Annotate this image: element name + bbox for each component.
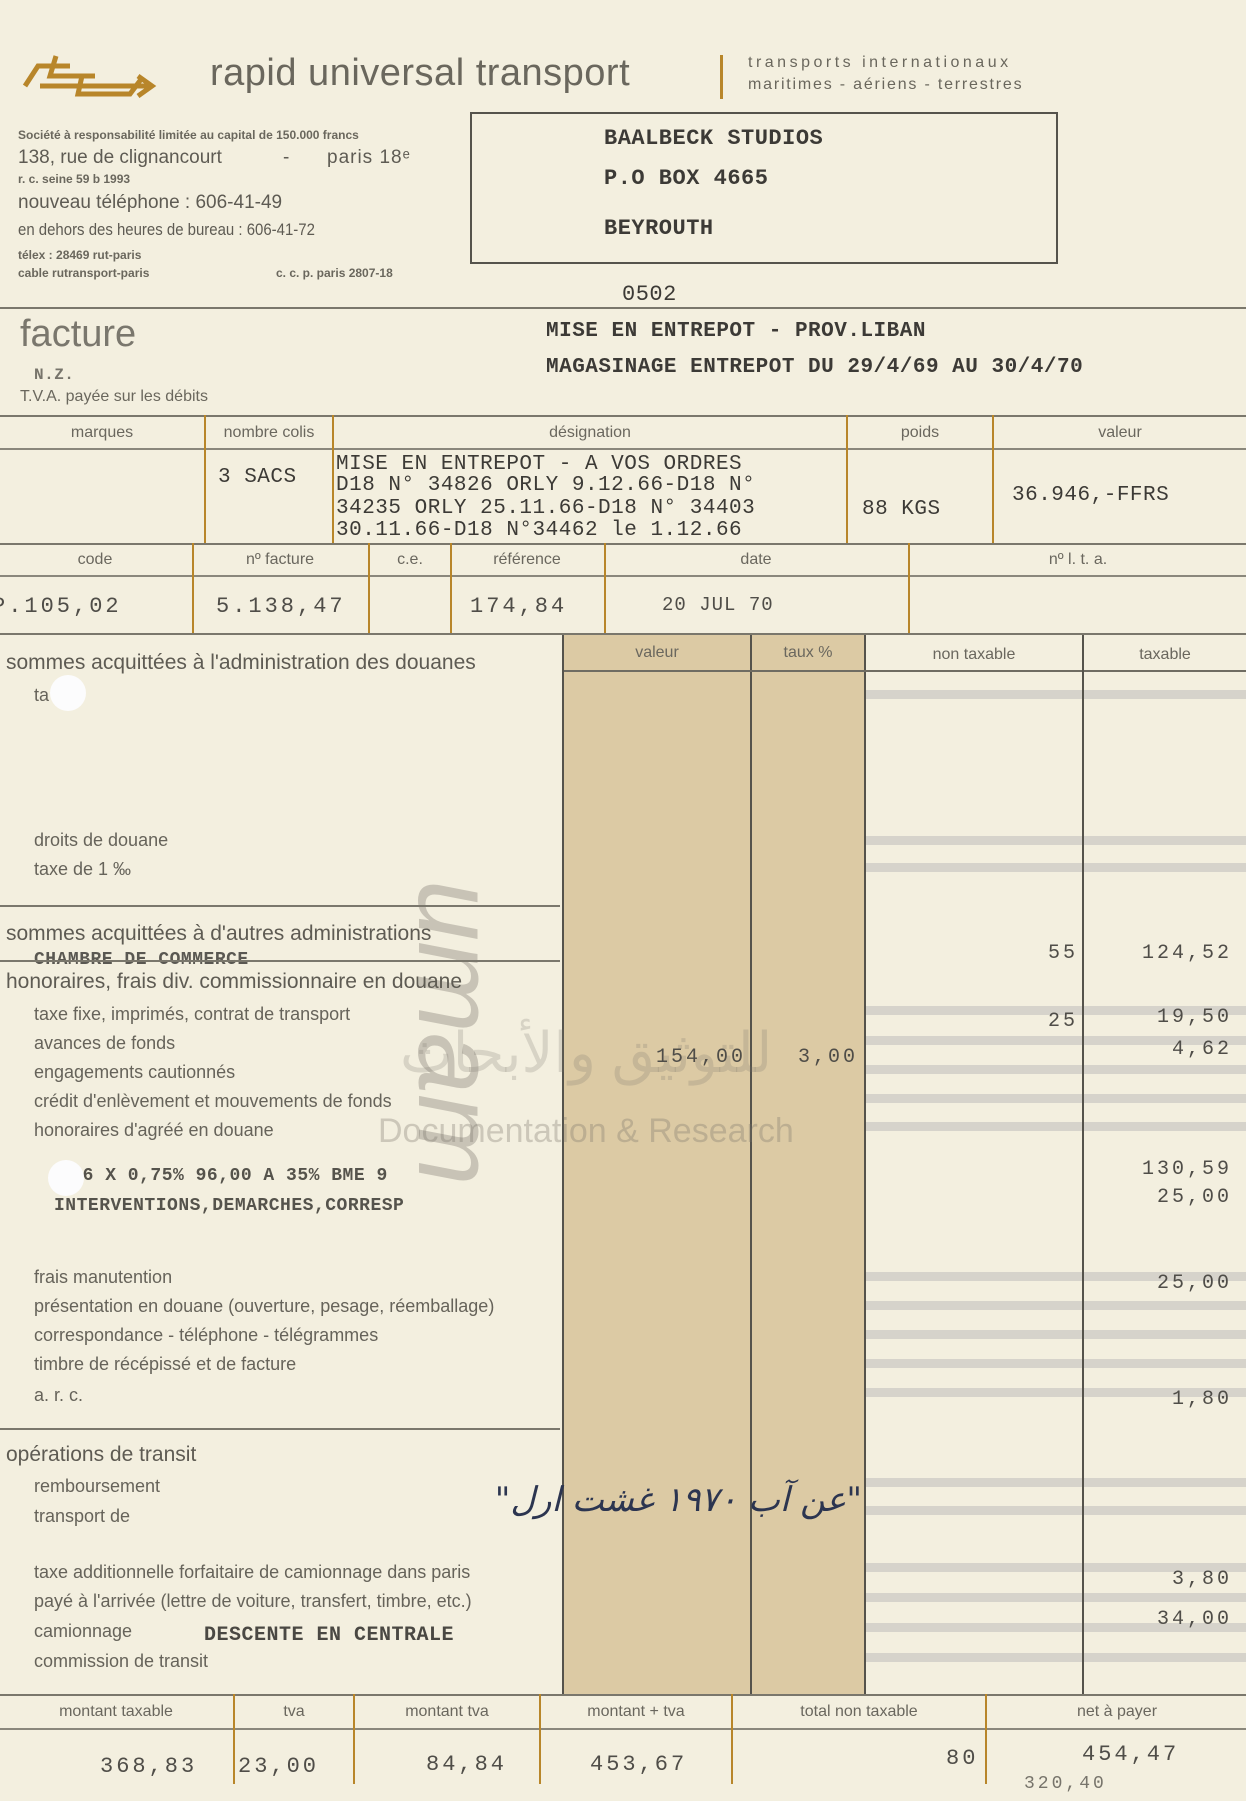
col-header-code: code [0,551,190,569]
phone: nouveau téléphone : 606-41-49 [18,192,282,214]
section-douanes-title: sommes acquittées à l'administration des… [6,651,476,675]
invoice-title: facture [20,313,136,356]
divider [0,307,1246,309]
watermark-latin: Documentation & Research [378,1112,794,1151]
total-montant-taxable: 368,83 [100,1754,197,1779]
col-header-total-non-taxable: total non taxable [734,1703,984,1721]
honoraires-item-agree: honoraires d'agréé en douane [34,1120,274,1141]
honoraires-item-correspondance: correspondance - téléphone - télégrammes [34,1325,378,1346]
divider [0,543,1246,545]
douanes-item-droits: droits de douane [34,830,168,851]
transit-item-transport: transport de [34,1506,130,1527]
cell-code: P.105,02 [0,594,122,619]
divider [0,960,560,962]
row-stripe [866,1653,1246,1662]
honoraires-item-taxe-fixe: taxe fixe, imprimés, contrat de transpor… [34,1004,350,1025]
divider [985,1694,987,1784]
section-transit-title: opérations de transit [6,1443,196,1467]
divider [450,543,452,633]
divider [604,543,606,633]
divider [192,543,194,633]
autres-taxable: 124,52 [1142,942,1232,965]
row-stripe [866,1065,1246,1074]
arc-taxable: 1,80 [1172,1388,1232,1411]
cell-reference: 174,84 [470,594,567,619]
cell-designation-1: MISE EN ENTREPOT - A VOS ORDRES [336,454,742,475]
divider [846,415,848,543]
row-stripe [866,1094,1246,1103]
divider [0,905,560,907]
autres-non-taxable: 55 [1048,942,1078,965]
divider [0,1694,1246,1696]
col-header-tva: tva [236,1703,352,1721]
valeur-column-bg [562,635,864,1695]
address: 138, rue de clignancourt [18,147,222,169]
net-a-payer-extra: 320,40 [1024,1774,1107,1794]
header-divider [720,55,723,99]
divider [0,1428,560,1430]
row-stripe [866,863,1246,872]
honoraires-item-arc: a. r. c. [34,1385,83,1406]
col-header-date: date [606,551,906,569]
transit-item-commission: commission de transit [34,1651,208,1672]
col-header-montant-plus-tva: montant + tva [542,1703,730,1721]
divider [204,415,206,543]
col-header-ce: c.e. [370,551,450,569]
company-name: rapid universal transport [210,52,630,95]
divider [864,635,866,1695]
total-non-taxable: 80 [946,1746,978,1771]
total-montant-tva: 84,84 [426,1752,507,1777]
cell-valeur: 36.946,-FFRS [1012,484,1169,507]
taxe-fixe-taxable: 19,50 [1157,1006,1232,1029]
divider [992,415,994,543]
taxe-additionnelle-taxable: 3,80 [1172,1568,1232,1591]
col-header-taxable: taxable [1084,646,1246,664]
row-stripe [866,690,1246,699]
col-header-designation: désignation [334,424,846,442]
row-stripe [866,1359,1246,1368]
tagline-line1: transports internationaux [748,54,1012,72]
col-header-non-taxable: non taxable [866,646,1082,664]
avances-valeur: 154,00 [656,1046,746,1069]
recipient-code: 0502 [622,282,677,307]
paye-arrivee-taxable: 34,00 [1157,1608,1232,1631]
agree-typed-line2: INTERVENTIONS,DEMARCHES,CORRESP [54,1196,404,1216]
col-header-montant-taxable: montant taxable [0,1703,232,1721]
divider [908,543,910,633]
row-stripe [866,1506,1246,1515]
row-stripe [866,1122,1246,1131]
row-stripe [866,1593,1246,1602]
cell-date: 20 JUL 70 [662,594,774,616]
transit-item-remboursement: remboursement [34,1476,160,1497]
divider [731,1694,733,1784]
transit-item-taxe-additionnelle: taxe additionnelle forfaitaire de camion… [34,1562,470,1583]
company-logo-icon [20,48,160,98]
col-header-valeur: valeur [994,424,1246,442]
honoraires-item-avances: avances de fonds [34,1033,175,1054]
address-separator: - [283,147,289,169]
agree-amount-2: 25,00 [1157,1186,1232,1209]
divider [1082,635,1084,1695]
douanes-item-taxe-1: taxe de 1 ‰ [34,859,131,880]
rc-number: r. c. seine 59 b 1993 [18,172,130,186]
col-header-reference: référence [452,551,602,569]
honoraires-item-timbre: timbre de récépissé et de facture [34,1354,296,1375]
city: paris 18ᵉ [327,147,411,169]
punch-hole [50,675,86,711]
row-stripe [866,1301,1246,1310]
col-header-facture: nº facture [194,551,366,569]
divider [0,1728,1246,1730]
honoraires-item-manutention: frais manutention [34,1267,172,1288]
divider [0,448,1246,450]
row-stripe [866,1330,1246,1339]
section-honoraires-title: honoraires, frais div. commissionnaire e… [6,970,462,994]
douanes-item-ta: ta [34,685,49,706]
divider [332,415,334,543]
col-header-poids: poids [848,424,992,442]
invoice-subject-line1: MISE EN ENTREPOT - PROV.LIBAN [546,320,926,343]
divider [353,1694,355,1784]
cell-nombre-colis: 3 SACS [218,466,297,489]
recipient-line3: BEYROUTH [604,216,714,241]
divider [0,415,1246,417]
divider [562,635,564,1695]
avances-taxable: 4,62 [1172,1038,1232,1061]
agree-amount-1: 130,59 [1142,1158,1232,1181]
col-header-taux: taux % [752,644,864,662]
tva-note: T.V.A. payée sur les débits [20,388,208,406]
ccp: c. c. p. paris 2807-18 [276,266,393,280]
nz-mark: N.Z. [34,366,74,384]
cell-designation-4: 30.11.66-D18 N°34462 le 1.12.66 [336,520,742,541]
col-header-montant-tva: montant tva [356,1703,538,1721]
col-header-net-a-payer: net à payer [988,1703,1246,1721]
honoraires-item-presentation: présentation en douane (ouverture, pesag… [34,1296,494,1317]
row-stripe [866,836,1246,845]
transit-item-camionnage: camionnage [34,1621,132,1642]
col-header-marques: marques [0,424,204,442]
cell-facture: 5.138,47 [216,594,346,619]
honoraires-item-credit: crédit d'enlèvement et mouvements de fon… [34,1091,392,1112]
telex: télex : 28469 rut-paris [18,248,141,262]
divider [750,635,752,1695]
cell-poids: 88 KGS [862,498,941,521]
tagline-line2: maritimes - aériens - terrestres [748,76,1023,94]
total-tva: 23,00 [238,1754,319,1779]
divider [539,1694,541,1784]
divider [233,1694,235,1784]
cell-designation-3: 34235 ORLY 25.11.66-D18 N° 34403 [336,498,755,519]
section-autres-title: sommes acquittées à d'autres administrat… [6,922,431,946]
col-header-nombre-colis: nombre colis [206,424,332,442]
divider [564,670,1246,672]
avances-taux: 3,00 [798,1046,858,1069]
divider [368,543,370,633]
punch-hole [48,1160,84,1196]
agree-typed-line1: 946 X 0,75% 96,00 A 35% BME 9 [60,1166,388,1186]
recipient-line1: BAALBECK STUDIOS [604,126,823,151]
total-montant-plus-tva: 453,67 [590,1752,687,1777]
cable: cable rutransport-paris [18,266,149,280]
honoraires-item-engagements: engagements cautionnés [34,1062,235,1083]
phone-after-hours: en dehors des heures de bureau : 606-41-… [18,220,315,240]
divider [0,575,1246,577]
invoice-subject-line2: MAGASINAGE ENTREPOT DU 29/4/69 AU 30/4/7… [546,356,1083,379]
camionnage-typed: DESCENTE EN CENTRALE [204,1624,454,1647]
transit-item-paye-arrivee: payé à l'arrivée (lettre de voiture, tra… [34,1591,472,1612]
manutention-taxable: 25,00 [1157,1272,1232,1295]
net-a-payer: 454,47 [1082,1742,1179,1767]
handwritten-note: "عن آب ١٩٧٠ غشت ارل" [566,1480,862,1520]
col-header-lta: nº l. t. a. [910,551,1246,569]
legal-note: Société à responsabilité limitée au capi… [18,128,359,142]
col-header-valeur: valeur [564,644,750,662]
cell-designation-2: D18 N° 34826 ORLY 9.12.66-D18 N° [336,475,755,496]
taxe-fixe-non-taxable: 25 [1048,1010,1078,1033]
recipient-line2: P.O BOX 4665 [604,166,768,191]
row-stripe [866,1478,1246,1487]
